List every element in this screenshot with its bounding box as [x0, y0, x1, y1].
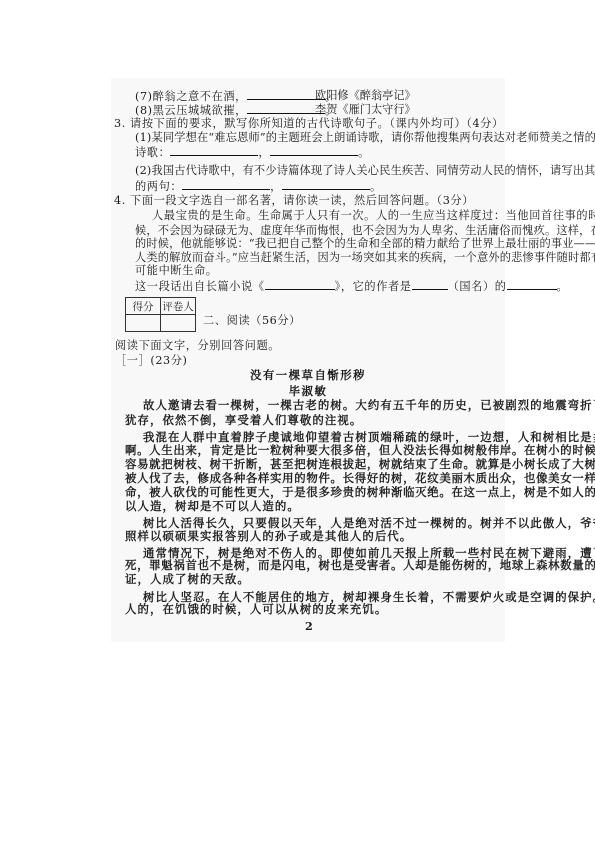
article-title: 没有一棵草自惭形秽	[111, 369, 505, 382]
article-line: 以人造，树却是不可以人造的。	[125, 500, 300, 513]
q2-item-8-text: (8)黑云压城城欲摧，	[135, 104, 247, 117]
period: 。	[358, 146, 370, 159]
article-line: 死，罪魁祸首也不是树，而是闪电，树也是受害者。人却是能伤树的，地球上森林数量的锐…	[125, 559, 595, 572]
answer-blank[interactable]	[247, 89, 325, 100]
q2-item-8-citation: 李贺《雁门太守行》	[315, 103, 416, 116]
q4-passage-line: 人最宝贵的是生命。生命属于人只有一次。人的一生应当这样度过：当他回首往事的时	[152, 209, 595, 222]
answer-blank[interactable]	[170, 145, 258, 156]
q3-sub2-prompt: 的两句：	[135, 180, 182, 193]
answer-blank[interactable]	[270, 145, 358, 156]
q3-sub1-line2: 诗歌：，。	[135, 145, 370, 159]
q4-heading: 4. 下面一段文字选自一部名著，请你读一读，然后回答问题。（3分）	[114, 194, 474, 207]
section2-heading: 二、阅读（56分）	[203, 314, 301, 327]
article-line: 被人伐了去，修成各种各样实用的物件。长得好的树，花纹美丽木质出众，也像美女一样，…	[125, 472, 595, 485]
part1-label: ［一］(23分)	[115, 354, 188, 367]
answer-blank[interactable]	[182, 179, 270, 190]
q4-question-part1: 这一段话出自长篇小说《	[135, 280, 265, 293]
article-line: 证，人成了树的天敌。	[125, 573, 250, 586]
page-number: 2	[305, 620, 313, 633]
article-line: 啊。人生出来，肯定是比一粒树种要大很多倍，但人没法长得如树般伟岸。在树小的时候，…	[125, 444, 595, 457]
answer-blank[interactable]	[247, 103, 325, 114]
q3-sub2-line1: (2)我国古代诗歌中，有不少诗篇体现了诗人关心民生疾苦、同情劳动人民的情怀，请写…	[135, 164, 595, 177]
period: 。	[557, 280, 569, 293]
q3-heading: 3. 请按下面的要求，默写你所知道的古代诗歌句子。（课内外均可）（4分）	[114, 117, 504, 130]
article-author: 毕淑敏	[111, 385, 505, 398]
answer-blank[interactable]	[282, 179, 370, 190]
article-line: 人的，在饥饿的时候，人可以从树的皮来充饥。	[125, 603, 387, 616]
country-blank[interactable]	[412, 279, 448, 290]
article-line: 犹存，依然不倒，享受着人们尊敬的注视。	[125, 414, 362, 427]
q4-passage-line: 可能中断生命。	[135, 264, 218, 277]
article-line: 故人邀请去看一棵树，一棵古老的树。大约有五千年的历史，已被剧烈的地震弯折了腰，丰…	[143, 399, 595, 412]
section2-instruction: 阅读下面文字，分别回答问题。	[115, 339, 280, 352]
q2-item-8: (8)黑云压城城欲摧，。	[135, 103, 337, 117]
q4-question: 这一段话出自长篇小说《》，它的作者是（国名）的。	[135, 279, 568, 293]
score-header: 得分	[126, 298, 161, 315]
q4-question-part2: 》，它的作者是	[335, 280, 412, 293]
period: 。	[370, 180, 382, 193]
q4-question-part3: （国名）的	[448, 280, 507, 293]
q3-sub2-line2: 的两句：，。	[135, 179, 382, 193]
q3-sub1-line1: (1)某同学想在“难忘恩师”的主题班会上朗诵诗歌，请你帮他搜集两句表达对老师赞美…	[135, 131, 595, 144]
score-cell[interactable]	[126, 315, 161, 332]
q4-passage-line: 人类的解放而奋斗。”应当赶紧生活，因为一场突如其来的疾病，一个意外的悲惨事件随时…	[135, 251, 595, 264]
q4-passage-line: 候，不会因为碌碌无为、虚度年华而悔恨，也不会因为为人卑劣、生活庸俗而愧疚。这样，…	[135, 224, 595, 237]
article-line: 容易就把树枝、树干折断，甚至把树连根拔起，树就结束了生命。就算是小树长成了大树，…	[125, 458, 595, 471]
comma: ，	[258, 146, 270, 159]
author-blank[interactable]	[507, 279, 557, 290]
q2-item-7-citation: 欧阳修《醉翁亭记》	[315, 89, 416, 102]
q2-item-7-text: (7)醉翁之意不在酒，	[135, 90, 247, 103]
grader-header: 评卷人	[161, 298, 196, 315]
novel-title-blank[interactable]	[265, 279, 335, 290]
comma: ，	[270, 180, 282, 193]
q3-sub1-prompt: 诗歌：	[135, 146, 170, 159]
article-line: 命，被人砍伐的可能性更大，于是很多珍贵的树种渐临灭绝。在这一点上，树是不如人的。…	[125, 486, 595, 499]
q4-passage-line: 的时候，他就能够说：“我已把自己整个的生命和全部的精力献给了世界上最壮丽的事业—…	[135, 237, 595, 250]
grader-cell[interactable]	[161, 315, 196, 332]
article-line: 照样以硕硕果实报答别人的孙子或是其他人的后代。	[125, 530, 412, 543]
q2-item-7: (7)醉翁之意不在酒，。	[135, 89, 337, 103]
score-table: 得分 评卷人	[125, 297, 196, 332]
